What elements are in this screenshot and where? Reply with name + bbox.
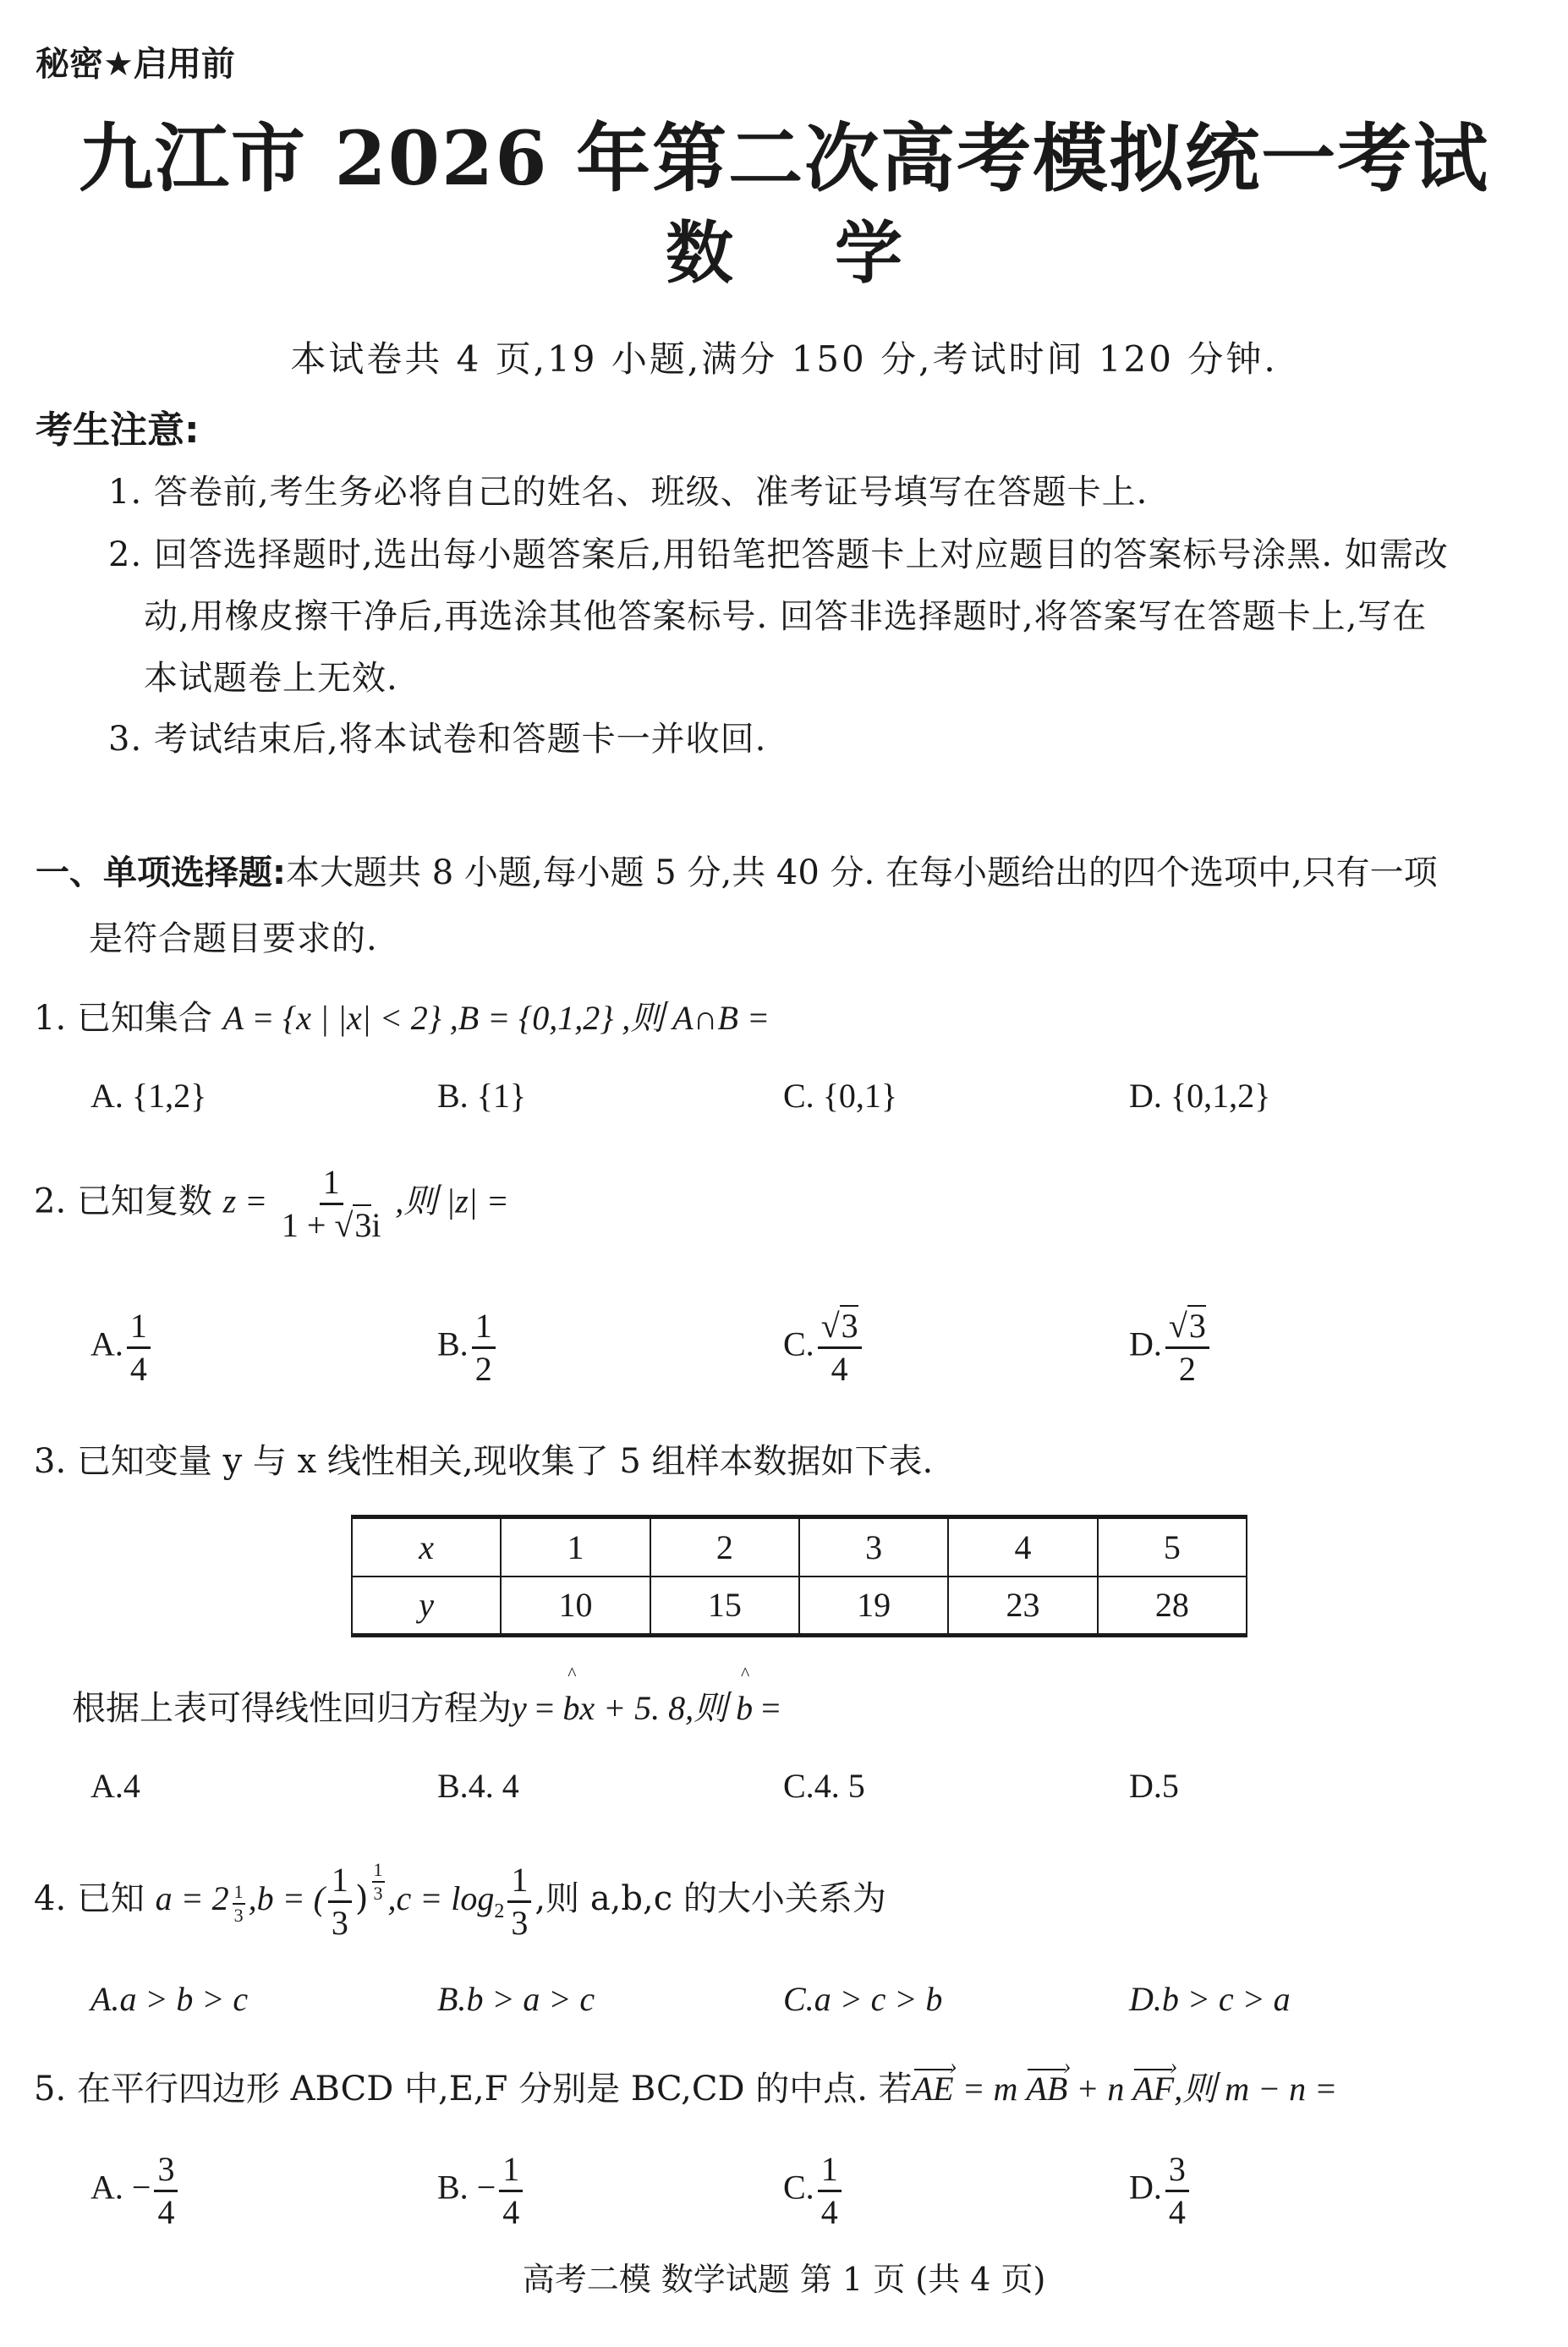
option-text: b > c > a bbox=[1162, 1980, 1291, 2018]
q2-option-d[interactable]: D.√32 bbox=[1129, 1309, 1213, 1386]
q2-option-c[interactable]: C.√34 bbox=[783, 1309, 865, 1386]
option-label: A. bbox=[90, 1325, 123, 1363]
q3-option-b[interactable]: B.4. 4 bbox=[437, 1766, 519, 1806]
question-tail: ,则 |z| = bbox=[395, 1182, 509, 1220]
option-label: D. bbox=[1129, 1325, 1162, 1363]
fraction: 1 1 + √3i bbox=[282, 1165, 381, 1242]
fraction: 14 bbox=[499, 2152, 523, 2229]
option-label: D. bbox=[1129, 1077, 1162, 1115]
notice-item-1: 1. 答卷前,考生务必将自己的姓名、班级、准考证号填写在答题卡上. bbox=[108, 465, 1148, 513]
option-label: A. bbox=[90, 1767, 123, 1805]
q5-option-b[interactable]: B. −14 bbox=[437, 2152, 526, 2229]
vector-ab: AB bbox=[1026, 2069, 1067, 2108]
option-text: {1,2} bbox=[132, 1077, 206, 1115]
option-label: D. bbox=[1129, 1767, 1162, 1805]
q5-option-d[interactable]: D.34 bbox=[1129, 2152, 1192, 2229]
question-stem: 已知 bbox=[77, 1879, 145, 1918]
numerator: 1 bbox=[320, 1165, 343, 1205]
option-text: 4. 4 bbox=[469, 1767, 519, 1805]
notice-text: 回答选择题时,选出每小题答案后,用铅笔把答题卡上对应题目的答案标号涂黑. 如需改 bbox=[154, 535, 1449, 574]
q3-option-c[interactable]: C.4. 5 bbox=[783, 1766, 865, 1806]
exam-title: 九江市 2026 年第二次高考模拟统一考试 bbox=[0, 100, 1568, 206]
vector-ae: AE bbox=[913, 2069, 954, 2108]
table-cell: 28 bbox=[1098, 1577, 1247, 1636]
notice-num: 1. bbox=[108, 473, 142, 512]
q4-option-c[interactable]: C.a > c > b bbox=[783, 1979, 942, 2019]
notice-item-2-line-3: 本试题卷上无效. bbox=[144, 651, 398, 699]
regression-text: 根据上表可得线性回归方程为 bbox=[72, 1689, 512, 1728]
table-row: x 1 2 3 4 5 bbox=[352, 1517, 1247, 1577]
b-hat: b bbox=[736, 1688, 753, 1728]
question-number: 5. bbox=[34, 2070, 66, 2108]
fraction: 13 bbox=[507, 1863, 531, 1940]
question-number: 4. bbox=[34, 1879, 66, 1918]
table-row: y 10 15 19 23 28 bbox=[352, 1577, 1247, 1636]
option-label: B. bbox=[437, 1767, 469, 1805]
question-5: 5. 在平行四边形 ABCD 中,E,F 分别是 BC,CD 的中点. 若AE … bbox=[34, 2062, 1337, 2110]
fraction: 34 bbox=[154, 2152, 178, 2229]
q5-option-a[interactable]: A. −34 bbox=[90, 2152, 181, 2229]
page-footer: 高考二模 数学试题 第 1 页 (共 4 页) bbox=[0, 2253, 1568, 2300]
option-text: {0,1,2} bbox=[1171, 1077, 1270, 1115]
q3-option-a[interactable]: A.4 bbox=[90, 1766, 140, 1806]
q1-option-d[interactable]: D. {0,1,2} bbox=[1129, 1076, 1270, 1116]
q5-option-c[interactable]: C.14 bbox=[783, 2152, 845, 2229]
table-cell: 15 bbox=[650, 1577, 799, 1636]
row-header: y bbox=[352, 1577, 501, 1636]
section-desc-line-2: 是符合题目要求的. bbox=[89, 912, 378, 960]
question-math: A = {x | |x| < 2} ,B = {0,1,2} ,则 A∩B = bbox=[223, 999, 770, 1037]
fraction: √34 bbox=[818, 1309, 862, 1386]
option-text: 4 bbox=[123, 1767, 140, 1805]
notice-item-3: 3. 考试结束后,将本试卷和答题卡一并收回. bbox=[108, 712, 766, 760]
table-cell: 19 bbox=[799, 1577, 948, 1636]
option-text: b > a > c bbox=[466, 1980, 595, 2018]
row-header: x bbox=[352, 1517, 501, 1577]
question-stem: 已知复数 bbox=[77, 1182, 212, 1221]
question-number: 1. bbox=[34, 999, 66, 1038]
option-label: C. bbox=[783, 1077, 814, 1115]
subject-char: 学 bbox=[835, 199, 902, 296]
question-4: 4. 已知 a = 213,b = (13)13,c = log213,则 a,… bbox=[34, 1861, 886, 1940]
subject-char: 数 bbox=[666, 199, 733, 296]
question-3: 3. 已知变量 y 与 x 线性相关,现收集了 5 组样本数据如下表. bbox=[34, 1434, 933, 1483]
notice-text: 考试结束后,将本试卷和答题卡一并收回. bbox=[154, 720, 766, 759]
q4-option-b[interactable]: B.b > a > c bbox=[437, 1979, 595, 2019]
question-stem: 已知集合 bbox=[77, 999, 212, 1038]
notice-heading: 考生注意: bbox=[36, 399, 200, 453]
option-text: a > b > c bbox=[119, 1980, 248, 2018]
q1-option-b[interactable]: B. {1} bbox=[437, 1076, 526, 1116]
option-label: A. bbox=[90, 1980, 119, 2018]
option-label: B. bbox=[437, 1325, 469, 1363]
section-heading: 一、单项选择题:本大题共 8 小题,每小题 5 分,共 40 分. 在每小题给出… bbox=[36, 846, 1438, 894]
q4-option-d[interactable]: D.b > c > a bbox=[1129, 1979, 1291, 2019]
option-text: a > c > b bbox=[814, 1980, 943, 2018]
notice-text: 答卷前,考生务必将自己的姓名、班级、准考证号填写在答题卡上. bbox=[154, 473, 1148, 512]
z-variable: z = bbox=[223, 1182, 268, 1220]
q1-option-c[interactable]: C. {0,1} bbox=[783, 1076, 897, 1116]
sample-data-table: x 1 2 3 4 5 y 10 15 19 23 28 bbox=[351, 1515, 1247, 1637]
q2-option-a[interactable]: A.14 bbox=[90, 1309, 154, 1386]
notice-item-2: 2. 回答选择题时,选出每小题答案后,用铅笔把答题卡上对应题目的答案标号涂黑. … bbox=[108, 528, 1449, 576]
question-stem: 已知变量 y 与 x 线性相关,现收集了 5 组样本数据如下表. bbox=[77, 1442, 933, 1481]
question-1: 1. 已知集合 A = {x | |x| < 2} ,B = {0,1,2} ,… bbox=[34, 991, 770, 1039]
question-number: 3. bbox=[34, 1442, 66, 1481]
vector-af: AF bbox=[1132, 2069, 1174, 2108]
table-cell: 5 bbox=[1098, 1517, 1247, 1577]
option-label: D. bbox=[1129, 1980, 1162, 2018]
notice-num: 2. bbox=[108, 535, 142, 574]
fraction: 13 bbox=[328, 1863, 352, 1940]
subject-title: 数学 bbox=[0, 199, 1568, 296]
option-label: D. bbox=[1129, 2169, 1162, 2207]
confidential-label: 秘密★启用前 bbox=[36, 37, 235, 85]
denominator: 1 + √3i bbox=[282, 1205, 381, 1242]
option-label: B. bbox=[437, 1077, 469, 1115]
question-tail: ,则 m − n = bbox=[1174, 2070, 1337, 2108]
b-hat: b bbox=[562, 1688, 579, 1728]
question-stem: 在平行四边形 ABCD 中,E,F 分别是 BC,CD 的中点. 若 bbox=[77, 2070, 913, 2108]
fraction: 14 bbox=[818, 2152, 842, 2229]
option-text: {0,1} bbox=[823, 1077, 897, 1115]
question-tail: ,则 a,b,c 的大小关系为 bbox=[535, 1879, 885, 1918]
option-label: C. bbox=[783, 1767, 814, 1805]
fraction: √32 bbox=[1165, 1309, 1209, 1386]
table-cell: 10 bbox=[501, 1577, 650, 1636]
table-cell: 4 bbox=[948, 1517, 1097, 1577]
question-number: 2. bbox=[34, 1182, 66, 1221]
option-label: C. bbox=[783, 1325, 814, 1363]
table-cell: 23 bbox=[948, 1577, 1097, 1636]
exponent-fraction: 13 bbox=[372, 1861, 385, 1903]
q4-option-a[interactable]: A.a > b > c bbox=[90, 1979, 248, 2019]
option-label: B. bbox=[437, 2169, 469, 2207]
q1-option-a[interactable]: A. {1,2} bbox=[90, 1076, 206, 1116]
notice-item-2-line-2: 动,用橡皮擦干净后,再选涂其他答案标号. 回答非选择题时,将答案写在答题卡上,写… bbox=[144, 589, 1427, 638]
option-text: 5 bbox=[1162, 1767, 1179, 1805]
exam-summary: 本试卷共 4 页,19 小题,满分 150 分,考试时间 120 分钟. bbox=[0, 332, 1568, 382]
option-label: C. bbox=[783, 1980, 814, 2018]
table-cell: 3 bbox=[799, 1517, 948, 1577]
option-label: A. bbox=[90, 1077, 123, 1115]
question-2: 2. 已知复数 z = 1 1 + √3i ,则 |z| = bbox=[34, 1165, 509, 1242]
fraction: 12 bbox=[472, 1309, 496, 1386]
section-title: 一、单项选择题: bbox=[36, 853, 286, 892]
notice-num: 3. bbox=[108, 720, 142, 759]
table-cell: 1 bbox=[501, 1517, 650, 1577]
table-cell: 2 bbox=[650, 1517, 799, 1577]
q2-option-b[interactable]: B.12 bbox=[437, 1309, 499, 1386]
fraction: 14 bbox=[127, 1309, 151, 1386]
fraction: 34 bbox=[1165, 2152, 1189, 2229]
q3-option-d[interactable]: D.5 bbox=[1129, 1766, 1179, 1806]
regression-statement: 根据上表可得线性回归方程为y = bx + 5. 8,则 b = bbox=[72, 1681, 781, 1730]
option-label: C. bbox=[783, 2169, 814, 2207]
option-text: 4. 5 bbox=[814, 1767, 865, 1805]
exponent-fraction: 13 bbox=[233, 1883, 245, 1925]
option-label: B. bbox=[437, 1980, 466, 2018]
option-label: A. bbox=[90, 2169, 123, 2207]
option-text: {1} bbox=[477, 1077, 526, 1115]
section-desc: 本大题共 8 小题,每小题 5 分,共 40 分. 在每小题给出的四个选项中,只… bbox=[286, 853, 1438, 892]
